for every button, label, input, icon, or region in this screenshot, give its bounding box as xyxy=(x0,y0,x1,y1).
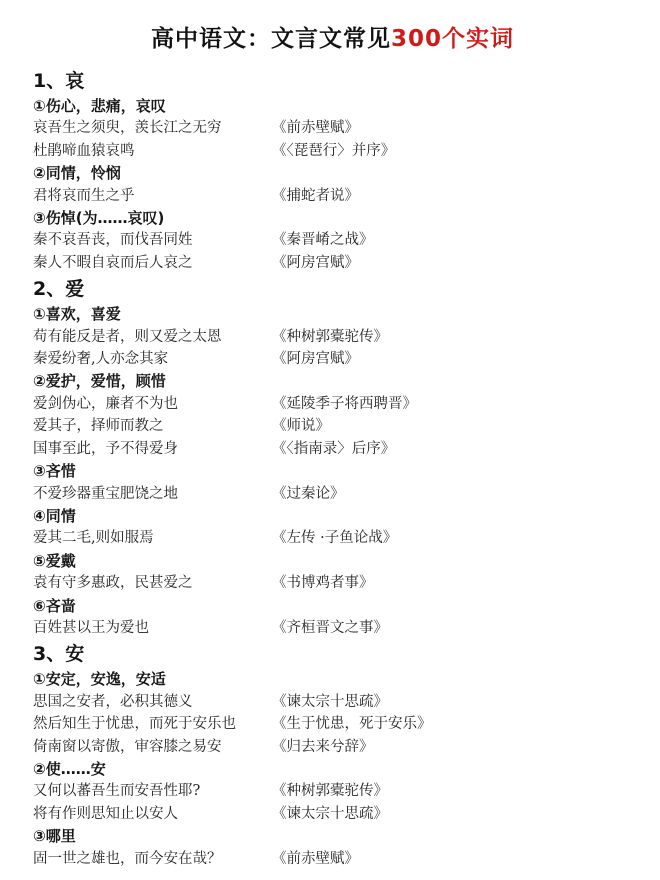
sense-label: ③哪里 xyxy=(33,825,632,847)
example-text: 爱其二毛,则如服焉 xyxy=(33,527,272,549)
page-title: 高中语文：文言文常见300个实词 xyxy=(33,26,632,52)
example-row: 苟有能反是者，则又爱之太恩《种树郭橐驼传》 xyxy=(33,326,632,348)
example-row: 秦不哀吾丧，而伐吾同姓《秦晋崤之战》 xyxy=(33,229,632,251)
example-source: 《〈琵琶行〉并序》 xyxy=(272,140,632,162)
example-text: 秦不哀吾丧，而伐吾同姓 xyxy=(33,229,272,251)
example-text: 苟有能反是者，则又爱之太恩 xyxy=(33,326,272,348)
example-text: 国事至此，予不得爱身 xyxy=(33,438,272,460)
example-text: 爱剑伪心，廉者不为也 xyxy=(33,393,272,415)
example-text: 秦爱纷奢,人亦念其家 xyxy=(33,348,272,370)
example-text: 杜鹃啼血猿哀鸣 xyxy=(33,140,272,162)
example-row: 固一世之雄也，而今安在哉？《前赤壁赋》 xyxy=(33,848,632,870)
example-source: 《前赤壁赋》 xyxy=(272,117,632,139)
example-text: 袁有守多惠政，民甚爱之 xyxy=(33,572,272,594)
example-row: 秦人不暇自哀而后人哀之《阿房宫赋》 xyxy=(33,252,632,274)
example-source: 《捕蛇者说》 xyxy=(272,185,632,207)
example-row: 哀吾生之须臾，羡长江之无穷《前赤壁赋》 xyxy=(33,117,632,139)
example-source: 《师说》 xyxy=(272,415,632,437)
section-heading: 1、哀 xyxy=(33,69,632,94)
section-heading: 3、安 xyxy=(33,642,632,667)
vocab-list: 1、哀①伤心，悲痛，哀叹哀吾生之须臾，羡长江之无穷《前赤壁赋》杜鹃啼血猿哀鸣《〈… xyxy=(33,69,632,870)
example-source: 《种树郭橐驼传》 xyxy=(272,780,632,802)
example-row: 君将哀而生之乎《捕蛇者说》 xyxy=(33,185,632,207)
example-source: 《书博鸡者事》 xyxy=(272,572,632,594)
sense-label: ③伤悼(为……哀叹) xyxy=(33,207,632,229)
example-text: 固一世之雄也，而今安在哉？ xyxy=(33,848,272,870)
sense-label: ①安定，安逸，安适 xyxy=(33,668,632,690)
section-heading: 2、爱 xyxy=(33,277,632,302)
example-row: 思国之安者，必积其德义《谏太宗十思疏》 xyxy=(33,691,632,713)
example-source: 《谏太宗十思疏》 xyxy=(272,803,632,825)
example-source: 《秦晋崤之战》 xyxy=(272,229,632,251)
example-row: 不爱珍器重宝肥饶之地《过秦论》 xyxy=(33,483,632,505)
example-row: 袁有守多惠政，民甚爱之《书博鸡者事》 xyxy=(33,572,632,594)
example-text: 思国之安者，必积其德义 xyxy=(33,691,272,713)
example-source: 《齐桓晋文之事》 xyxy=(272,617,632,639)
example-row: 秦爱纷奢,人亦念其家《阿房宫赋》 xyxy=(33,348,632,370)
example-row: 爱其子，择师而教之《师说》 xyxy=(33,415,632,437)
example-source: 《左传 ·子鱼论战》 xyxy=(272,527,632,549)
example-text: 爱其子，择师而教之 xyxy=(33,415,272,437)
example-row: 爱剑伪心，廉者不为也《延陵季子将西聘晋》 xyxy=(33,393,632,415)
example-source: 《阿房宫赋》 xyxy=(272,348,632,370)
example-text: 秦人不暇自哀而后人哀之 xyxy=(33,252,272,274)
example-row: 爱其二毛,则如服焉《左传 ·子鱼论战》 xyxy=(33,527,632,549)
example-row: 又何以蕃吾生而安吾性耶?《种树郭橐驼传》 xyxy=(33,780,632,802)
example-text: 将有作则思知止以安人 xyxy=(33,803,272,825)
example-text: 百姓甚以王为爱也 xyxy=(33,617,272,639)
example-text: 然后知生于忧患，而死于安乐也 xyxy=(33,713,272,735)
example-source: 《生于忧患，死于安乐》 xyxy=(272,713,632,735)
example-source: 《前赤壁赋》 xyxy=(272,848,632,870)
example-text: 倚南窗以寄傲，审容膝之易安 xyxy=(33,736,272,758)
example-source: 《谏太宗十思疏》 xyxy=(272,691,632,713)
example-row: 然后知生于忧患，而死于安乐也《生于忧患，死于安乐》 xyxy=(33,713,632,735)
example-source: 《延陵季子将西聘晋》 xyxy=(272,393,632,415)
sense-label: ③吝惜 xyxy=(33,460,632,482)
example-row: 百姓甚以王为爱也《齐桓晋文之事》 xyxy=(33,617,632,639)
example-source: 《种树郭橐驼传》 xyxy=(272,326,632,348)
example-row: 倚南窗以寄傲，审容膝之易安《归去来兮辞》 xyxy=(33,736,632,758)
sense-label: ②使……安 xyxy=(33,758,632,780)
example-row: 杜鹃啼血猿哀鸣《〈琵琶行〉并序》 xyxy=(33,140,632,162)
document-page: 高中语文：文言文常见300个实词 1、哀①伤心，悲痛，哀叹哀吾生之须臾，羡长江之… xyxy=(0,0,660,880)
example-source: 《〈指南录〉后序》 xyxy=(272,438,632,460)
sense-label: ④同情 xyxy=(33,505,632,527)
sense-label: ①喜欢，喜爱 xyxy=(33,303,632,325)
example-text: 哀吾生之须臾，羡长江之无穷 xyxy=(33,117,272,139)
page-title-prefix: 高中语文：文言文常见 xyxy=(151,26,391,52)
example-source: 《过秦论》 xyxy=(272,483,632,505)
sense-label: ⑤爱戴 xyxy=(33,550,632,572)
sense-label: ②同情，怜悯 xyxy=(33,162,632,184)
sense-label: ②爱护，爱惜，顾惜 xyxy=(33,370,632,392)
sense-label: ⑥吝啬 xyxy=(33,595,632,617)
example-source: 《归去来兮辞》 xyxy=(272,736,632,758)
example-text: 又何以蕃吾生而安吾性耶? xyxy=(33,780,272,802)
example-text: 不爱珍器重宝肥饶之地 xyxy=(33,483,272,505)
page-title-highlight: 300个实词 xyxy=(391,26,514,52)
example-source: 《阿房宫赋》 xyxy=(272,252,632,274)
sense-label: ①伤心，悲痛，哀叹 xyxy=(33,95,632,117)
example-row: 将有作则思知止以安人《谏太宗十思疏》 xyxy=(33,803,632,825)
example-row: 国事至此，予不得爱身《〈指南录〉后序》 xyxy=(33,438,632,460)
example-text: 君将哀而生之乎 xyxy=(33,185,272,207)
